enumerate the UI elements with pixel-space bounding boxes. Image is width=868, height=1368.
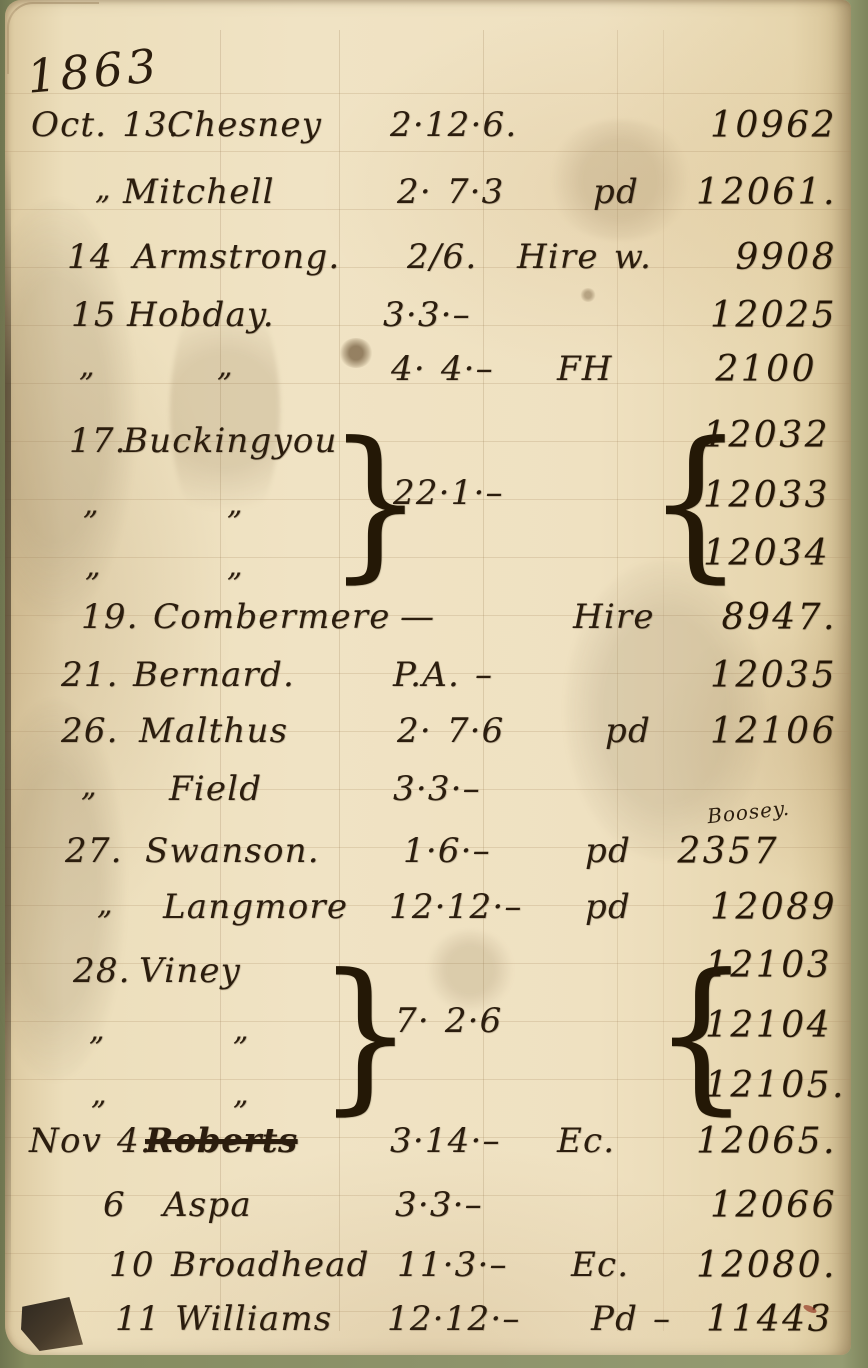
ditto-mark: „ (97, 890, 114, 920)
ledger-row-roberts: Nov 4. Roberts 3·14·– Ec. 12065. (5, 1124, 851, 1182)
entry-note: pd (585, 834, 631, 868)
entry-amount: 2· 7·6 (397, 714, 505, 748)
entry-amount: — (400, 600, 435, 634)
entry-amount: 2/6. (407, 240, 477, 274)
ledger-row-malthus: 26. Malthus 2· 7·6 pd 12106 (5, 714, 851, 772)
entry-serial: 9908 (735, 240, 837, 276)
entry-note: FH (557, 352, 613, 386)
ditto-mark: „ (81, 772, 98, 802)
entry-amount: 3·3·– (383, 298, 471, 332)
entry-date: 26. (61, 714, 119, 748)
entry-name: Bernard. (133, 658, 295, 692)
ledger-row-broadhead: 10 Broadhead 11·3·– Ec. 12080. (5, 1248, 851, 1306)
ditto-mark: „ (83, 490, 100, 520)
ditto-mark: „ (233, 1016, 250, 1046)
ledger-group-buckingyou: 17. Buckingyou „ „ „ „ } 22·1·– { 12032 … (5, 414, 851, 594)
ledger-group-viney: 28. Viney „ „ „ „ } 7· 2·6 { 12103 12104… (5, 944, 851, 1120)
entry-amount: 3·3·– (393, 772, 481, 806)
entry-amount: 3·14·– (390, 1124, 501, 1158)
ledger-row-bernard: 21. Bernard. P.A. – 12035 (5, 658, 851, 716)
entry-name: Langmore (163, 890, 348, 924)
entry-note: pd (593, 175, 639, 209)
entry-name: Armstrong. (133, 240, 340, 274)
entry-serial: 12080. (696, 1248, 837, 1284)
ledger-row-combermere: 19. Combermere — Hire 8947. (5, 600, 851, 658)
entry-date: 11 (115, 1302, 161, 1336)
entry-amount: 12·12·– (387, 1302, 521, 1336)
ledger-row-swanson: 27. Swanson. 1·6·– pd 2357 (5, 834, 851, 892)
entry-amount: 2· 7·3 (397, 175, 505, 209)
binding-edge-shadow (5, 150, 11, 1325)
entry-name: Mitchell (123, 175, 275, 209)
entry-amount: 1·6·– (403, 834, 491, 868)
entry-date: 15 (71, 298, 117, 332)
ditto-mark: „ (85, 552, 102, 582)
entry-serial: 12061. (696, 175, 837, 211)
ditto-mark: „ (79, 352, 96, 382)
entry-serial: 12089 (710, 890, 837, 926)
ditto-mark: „ (217, 352, 234, 382)
ditto-mark: „ (89, 1016, 106, 1046)
ledger-row-aspa: 6 Aspa 3·3·– 12066 (5, 1188, 851, 1246)
ditto-mark: „ (227, 552, 244, 582)
entry-amount: 12·12·– (389, 890, 523, 924)
ledger-row-williams: 11 Williams 12·12·– Pd – 11443 (5, 1302, 851, 1360)
entry-name: Swanson. (145, 834, 320, 868)
entry-serial: 2357 (677, 834, 779, 870)
entry-name: Viney (139, 954, 241, 988)
entry-serial: 12025 (710, 298, 837, 334)
entry-serial: 12033 (703, 478, 830, 514)
entry-name: Aspa (163, 1188, 252, 1222)
entry-serial: 8947. (721, 600, 837, 636)
entry-note: Ec. (571, 1248, 629, 1282)
entry-date: Nov 4. (29, 1124, 152, 1158)
ledger-row-chesney: Oct. 13. Chesney 2·12·6. 10962 (5, 108, 851, 166)
entry-date: 14 (67, 240, 113, 274)
ledger-row-armstrong: 14 Armstrong. 2/6. Hire w. 9908 (5, 240, 851, 298)
entry-serial: 12106 (710, 714, 837, 750)
entry-serial: 12066 (710, 1188, 837, 1224)
entry-note: Hire w. (517, 240, 652, 274)
entry-amount: 11·3·– (397, 1248, 508, 1282)
entry-date: 27. (65, 834, 123, 868)
entry-serial: 12103 (705, 948, 832, 984)
entry-note: Ec. (557, 1124, 615, 1158)
ditto-mark: „ (227, 490, 244, 520)
entry-date: Oct. 13. (31, 108, 180, 142)
entry-amount: P.A. – (393, 658, 493, 692)
entry-serial: 2100 (715, 352, 817, 388)
entry-amount: 2·12·6. (390, 108, 517, 142)
entry-date: 17. (69, 424, 127, 458)
year-heading: 1863 (25, 38, 162, 103)
entry-name: Field (169, 772, 262, 806)
entry-date: 19. (81, 600, 139, 634)
entry-note: Hire (573, 600, 655, 634)
ledger-row-hobday-2: „ „ 4· 4·– FH 2100 (5, 352, 851, 410)
ledger-row-hobday: 15 Hobday. 3·3·– 12025 (5, 298, 851, 356)
entry-name: Hobday. (127, 298, 275, 332)
entry-amount: 3·3·– (395, 1188, 483, 1222)
entry-name: Combermere (153, 600, 391, 634)
entry-serial: 12035 (710, 658, 837, 694)
entry-date: 21. (61, 658, 119, 692)
entry-date: 6 (103, 1188, 126, 1222)
entry-name: Buckingyou (123, 424, 338, 458)
entry-serial: 10962 (710, 108, 837, 144)
entry-name: Broadhead (171, 1248, 370, 1282)
entry-amount: 7· 2·6 (395, 1004, 503, 1038)
entry-serial: 12032 (703, 418, 830, 454)
entry-serial: 12104 (705, 1008, 832, 1044)
entry-serial: 12034 (703, 536, 830, 572)
entry-name: Malthus (139, 714, 288, 748)
entry-name: Chesney (167, 108, 322, 142)
ditto-mark: „ (95, 175, 112, 205)
entry-note: pd (605, 714, 651, 748)
ditto-mark: „ (91, 1080, 108, 1110)
entry-date: 10 (109, 1248, 155, 1282)
entry-serial: 12065. (696, 1124, 837, 1160)
entry-date: 28. (73, 954, 131, 988)
entry-note: pd (585, 890, 631, 924)
entry-amount: 4· 4·– (391, 352, 494, 386)
entry-name: Williams (175, 1302, 332, 1336)
entry-serial: 12105. (705, 1068, 846, 1104)
ledger-page: 1863 Oct. 13. Chesney 2·12·6. 10962 „ Mi… (5, 0, 851, 1355)
entry-note: Pd – (591, 1302, 671, 1336)
entry-amount: 22·1·– (393, 476, 504, 510)
ledger-scan: { "doc": { "year": "1863", "glyphs": { "… (0, 0, 868, 1368)
ledger-row-mitchell: „ Mitchell 2· 7·3 pd 12061. (5, 175, 851, 233)
entry-name-struck: Roberts (145, 1124, 298, 1158)
ditto-mark: „ (233, 1080, 250, 1110)
